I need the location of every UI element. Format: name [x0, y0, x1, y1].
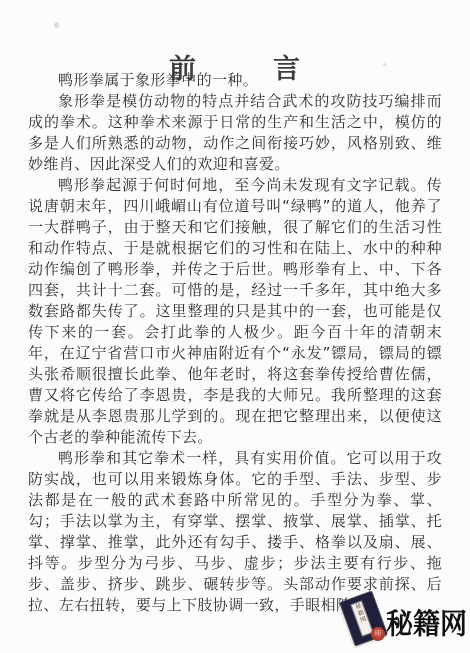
- preface-page: 前 言 鸭形拳属于象形拳中的一种。 象形拳是模仿动物的特点并结合武术的攻防技巧编…: [0, 0, 470, 653]
- seal-glyph: 印: [375, 631, 381, 637]
- scan-speck: [54, 22, 59, 28]
- preface-paragraph-3: 鸭形拳起源于何时何地，至今尚未发现有文字记载。传说唐朝末年，四川峨嵋山有位道号叫…: [28, 175, 442, 448]
- watermark-logo: 秘籍网 印 秘籍网: [338, 592, 470, 653]
- preface-paragraph-2: 象形拳是模仿动物的特点并结合武术的攻防技巧编排而成的拳术。这种拳术来源于日常的生…: [28, 91, 442, 175]
- preface-paragraph-1: 鸭形拳属于象形拳中的一种。: [28, 70, 442, 91]
- preface-body: 鸭形拳属于象形拳中的一种。 象形拳是模仿动物的特点并结合武术的攻防技巧编排而成的…: [28, 70, 442, 616]
- book-label-text: 秘籍网: [352, 602, 368, 625]
- book-label: 秘籍网: [350, 601, 373, 637]
- scan-speck: [383, 63, 386, 66]
- watermark-brand-text: 秘籍网: [386, 601, 467, 642]
- preface-paragraph-4: 鸭形拳和其它拳术一样，具有实用价值。它可以用于攻防实战，也可以用来锻炼身体。它的…: [28, 448, 442, 616]
- red-seal-icon: 印: [371, 627, 385, 641]
